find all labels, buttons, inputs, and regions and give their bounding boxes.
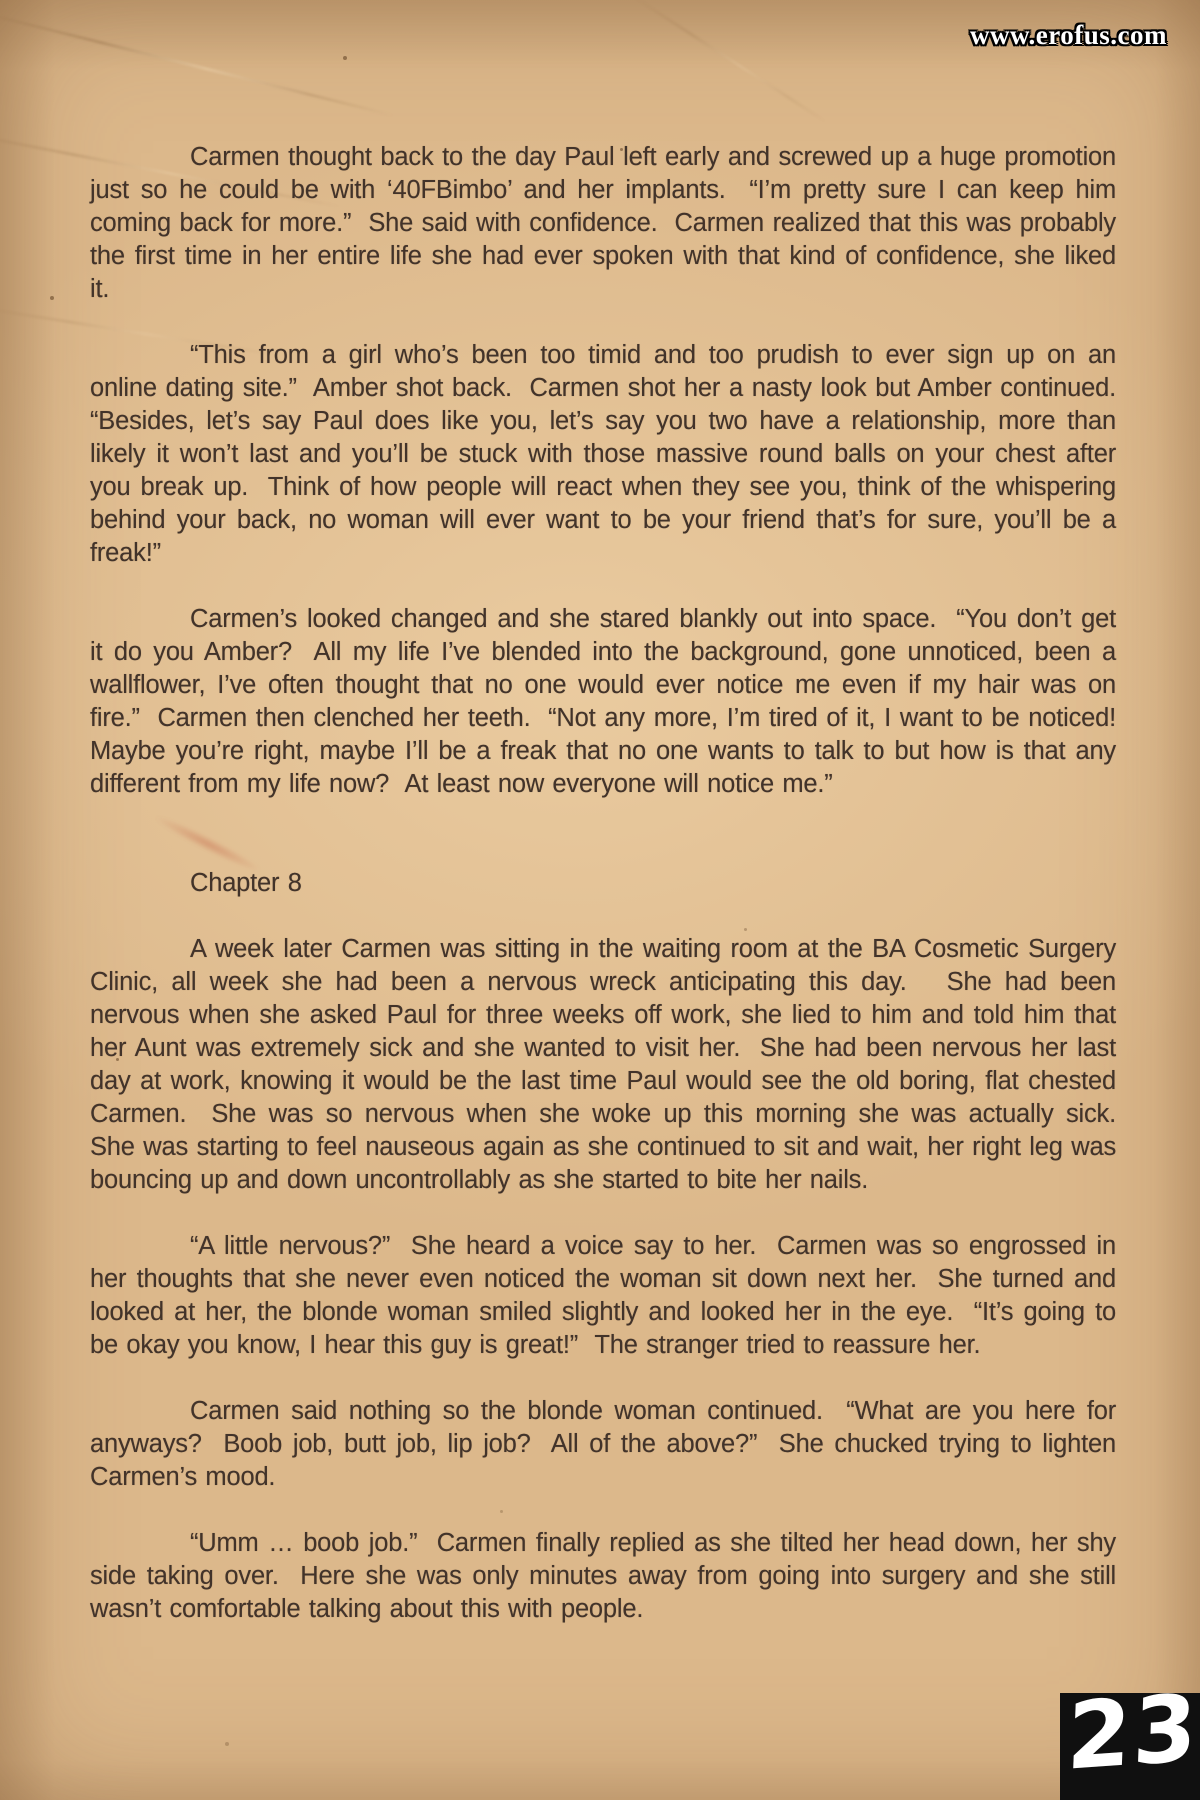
story-text: Carmen thought back to the day Paul left… xyxy=(90,141,1116,1626)
page-number-box: 23 xyxy=(1060,1693,1200,1800)
paragraph: “A little nervous?” She heard a voice sa… xyxy=(90,1230,1116,1362)
chapter-heading: Chapter 8 xyxy=(90,867,1116,900)
paper-speck xyxy=(50,296,54,300)
watermark: www.erofus.com xyxy=(970,20,1167,51)
paragraph: Carmen thought back to the day Paul left… xyxy=(90,141,1116,306)
paragraph: “Umm … boob job.” Carmen finally replied… xyxy=(90,1527,1116,1626)
scanned-page: www.erofus.com Carmen thought back to th… xyxy=(0,0,1200,1800)
paper-speck xyxy=(225,1742,229,1746)
paragraph: Carmen said nothing so the blonde woman … xyxy=(90,1395,1116,1494)
paper-speck xyxy=(343,56,347,60)
paragraph: Carmen’s looked changed and she stared b… xyxy=(90,603,1116,801)
paragraph: A week later Carmen was sitting in the w… xyxy=(90,933,1116,1197)
paragraph: “This from a girl who’s been too timid a… xyxy=(90,339,1116,570)
paper-crease xyxy=(633,0,828,123)
paper-crease xyxy=(0,10,394,117)
page-number: 23 xyxy=(1064,1693,1200,1791)
